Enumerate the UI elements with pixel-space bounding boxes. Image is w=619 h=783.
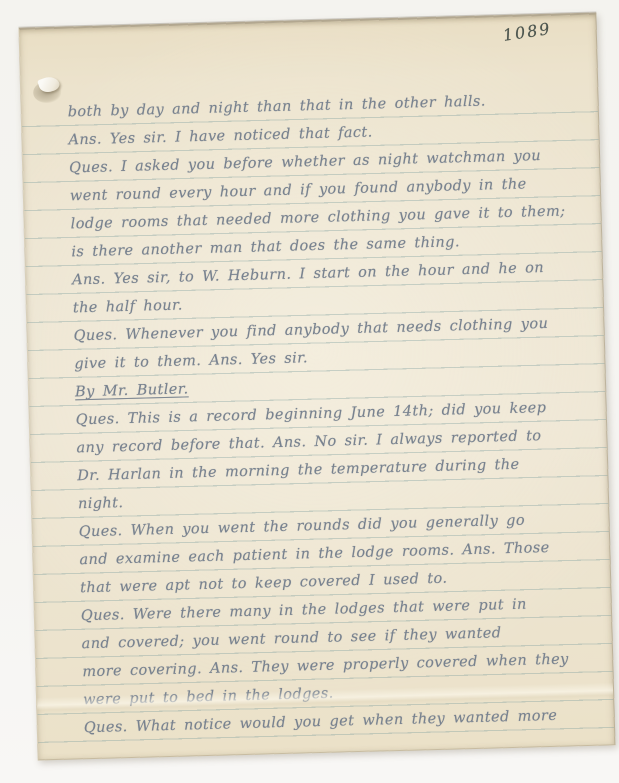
manuscript-text: both by day and night than that in the o… [67,85,598,742]
manuscript-page: 1089 both by day and night than that in … [19,13,616,761]
document-scan: 1089 both by day and night than that in … [0,0,619,783]
ruled-lines: both by day and night than that in the o… [21,85,614,752]
page-number: 1089 [502,19,553,45]
